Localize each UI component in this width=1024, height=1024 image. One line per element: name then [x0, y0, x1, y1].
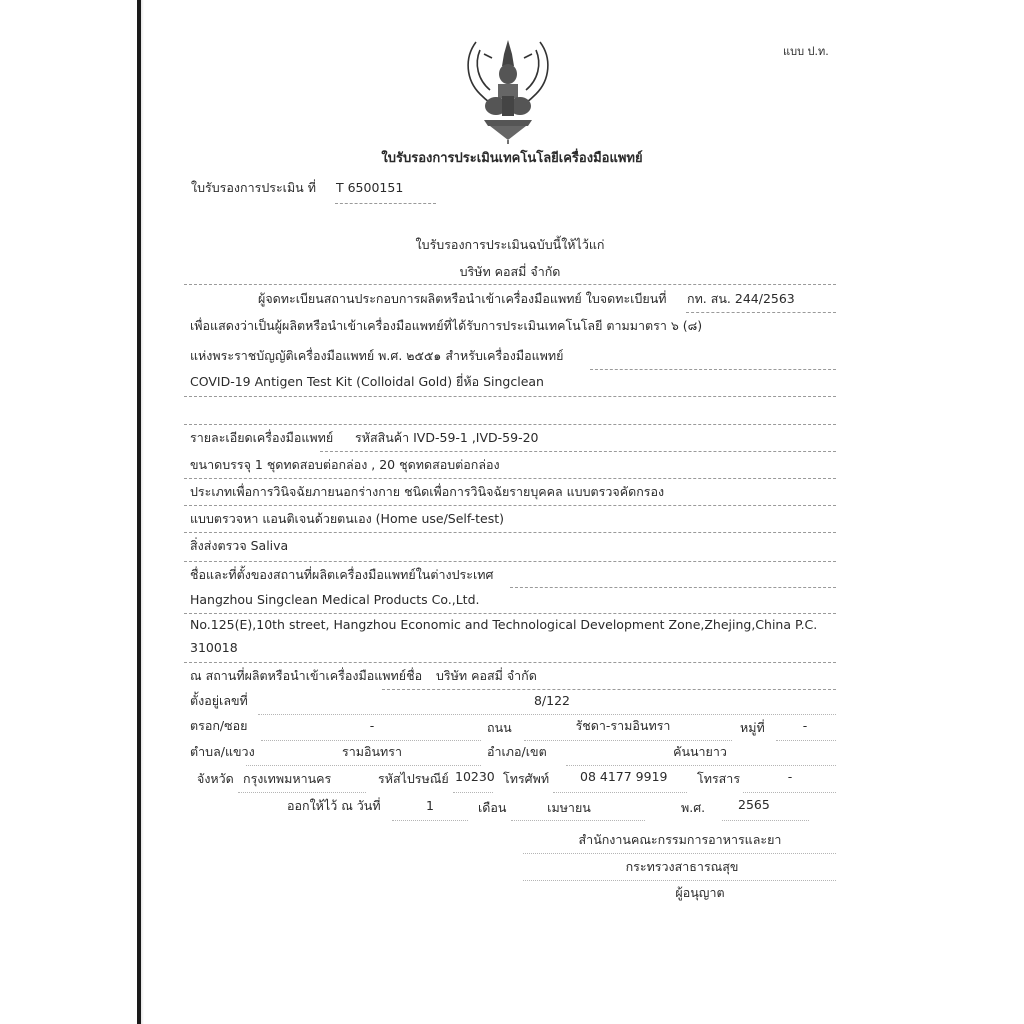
product-code: รหัสสินค้า IVD-59-1 ,IVD-59-20 [355, 430, 539, 446]
issue-month-line [511, 820, 645, 821]
divider [184, 561, 836, 562]
foreign-manufacturer-label: ชื่อและที่ตั้งของสถานที่ผลิตเครื่องมือแพ… [190, 567, 493, 583]
road-label: ถนน [487, 720, 512, 736]
statement-line1: เพื่อแสดงว่าเป็นผู้ผลิตหรือนำเข้าเครื่อง… [190, 318, 702, 334]
moo-label: หมู่ที่ [740, 720, 765, 736]
house-no: 8/122 [534, 693, 570, 709]
district: คันนายาว [673, 744, 727, 760]
divider [184, 613, 836, 614]
manufacturer-name: Hangzhou Singclean Medical Products Co.,… [190, 592, 479, 608]
registration-label: ผู้จดทะเบียนสถานประกอบการผลิตหรือนำเข้าเ… [258, 291, 666, 307]
statement-line2-fill [590, 369, 836, 370]
signatory-ministry: กระทรวงสาธารณสุข [626, 859, 739, 875]
postcode-line [453, 792, 493, 793]
soi: - [370, 718, 375, 734]
postcode-label: รหัสไปรษณีย์ [378, 771, 449, 787]
issued-to-intro: ใบรับรองการประเมินฉบับนี้ให้ไว้แก่ [416, 237, 605, 253]
subdistrict-line [246, 765, 481, 766]
province-label: จังหวัด [197, 771, 234, 787]
issue-month: เมษายน [547, 800, 591, 816]
house-no-label: ตั้งอยู่เลขที่ [190, 693, 248, 709]
signatory-office-line [523, 853, 836, 854]
manufacturer-address-1: No.125(E),10th street, Hangzhou Economic… [190, 617, 817, 633]
divider [184, 478, 836, 479]
phone-line [553, 792, 687, 793]
divider [510, 587, 836, 588]
moo-line [776, 740, 836, 741]
province-line [238, 792, 366, 793]
road-line [524, 740, 732, 741]
province: กรุงเทพมหานคร [243, 771, 331, 787]
local-site-label: ณ สถานที่ผลิตหรือนำเข้าเครื่องมือแพทย์ชื… [190, 668, 422, 684]
divider [184, 532, 836, 533]
divider [184, 662, 836, 663]
road: รัชดา-รามอินทรา [576, 718, 671, 734]
details-label: รายละเอียดเครื่องมือแพทย์ [190, 430, 333, 446]
soi-line [261, 740, 481, 741]
statement-line2: แห่งพระราชบัญญัติเครื่องมือแพทย์ พ.ศ. ๒๕… [190, 348, 563, 364]
fax-label: โทรสาร [697, 771, 740, 787]
issue-year: 2565 [738, 797, 770, 813]
test-mode: แบบตรวจหา แอนติเจนด้วยตนเอง (Home use/Se… [190, 511, 504, 527]
document-title: ใบรับรองการประเมินเทคโนโลยีเครื่องมือแพท… [381, 151, 642, 167]
manufacturer-address-2: 310018 [190, 640, 238, 656]
fax-line [743, 792, 836, 793]
fax: - [788, 769, 793, 785]
subdistrict-label: ตำบล/แขวง [190, 744, 255, 760]
divider [184, 284, 836, 285]
house-no-line [258, 714, 836, 715]
device-name: COVID-19 Antigen Test Kit (Colloidal Gol… [190, 374, 544, 390]
certificate-number: T 6500151 [336, 180, 403, 196]
garuda-emblem-icon [458, 36, 558, 144]
divider [184, 505, 836, 506]
issued-to-company: บริษัท คอสมี่ จำกัด [460, 264, 561, 280]
signatory-office: สำนักงานคณะกรรมการอาหารและยา [579, 832, 782, 848]
phone-label: โทรศัพท์ [503, 771, 549, 787]
certificate-label: ใบรับรองการประเมิน ที่ [191, 180, 316, 196]
local-site-name: บริษัท คอสมี่ จำกัด [436, 668, 537, 684]
divider [382, 689, 836, 690]
phone: 08 4177 9919 [580, 769, 667, 785]
district-label: อำเภอ/เขต [487, 744, 547, 760]
district-line [566, 765, 836, 766]
moo: - [803, 718, 808, 734]
issue-date-label: ออกให้ไว้ ณ วันที่ [287, 798, 381, 814]
issue-day: 1 [426, 798, 434, 814]
specimen: สิ่งส่งตรวจ Saliva [190, 538, 288, 554]
form-code: แบบ ป.ท. [783, 44, 829, 60]
year-label: พ.ศ. [681, 800, 705, 816]
packaging: ขนาดบรรจุ 1 ชุดทดสอบต่อกล่อง , 20 ชุดทดส… [190, 457, 500, 473]
divider [184, 424, 836, 425]
device-type: ประเภทเพื่อการวินิจฉัยภายนอกร่างกาย ชนิด… [190, 484, 664, 500]
postcode: 10230 [455, 769, 495, 785]
issue-year-line [722, 820, 809, 821]
issue-day-line [392, 820, 468, 821]
month-label: เดือน [478, 800, 506, 816]
divider [320, 451, 836, 452]
signatory-role: ผู้อนุญาต [675, 885, 724, 901]
certificate-number-line [335, 203, 436, 204]
signatory-ministry-line [523, 880, 836, 881]
divider [184, 396, 836, 397]
registration-number: กท. สน. 244/2563 [687, 291, 795, 307]
registration-number-line [686, 312, 836, 313]
soi-label: ตรอก/ซอย [190, 718, 247, 734]
subdistrict: รามอินทรา [342, 744, 402, 760]
edge-shadow [141, 0, 144, 1024]
